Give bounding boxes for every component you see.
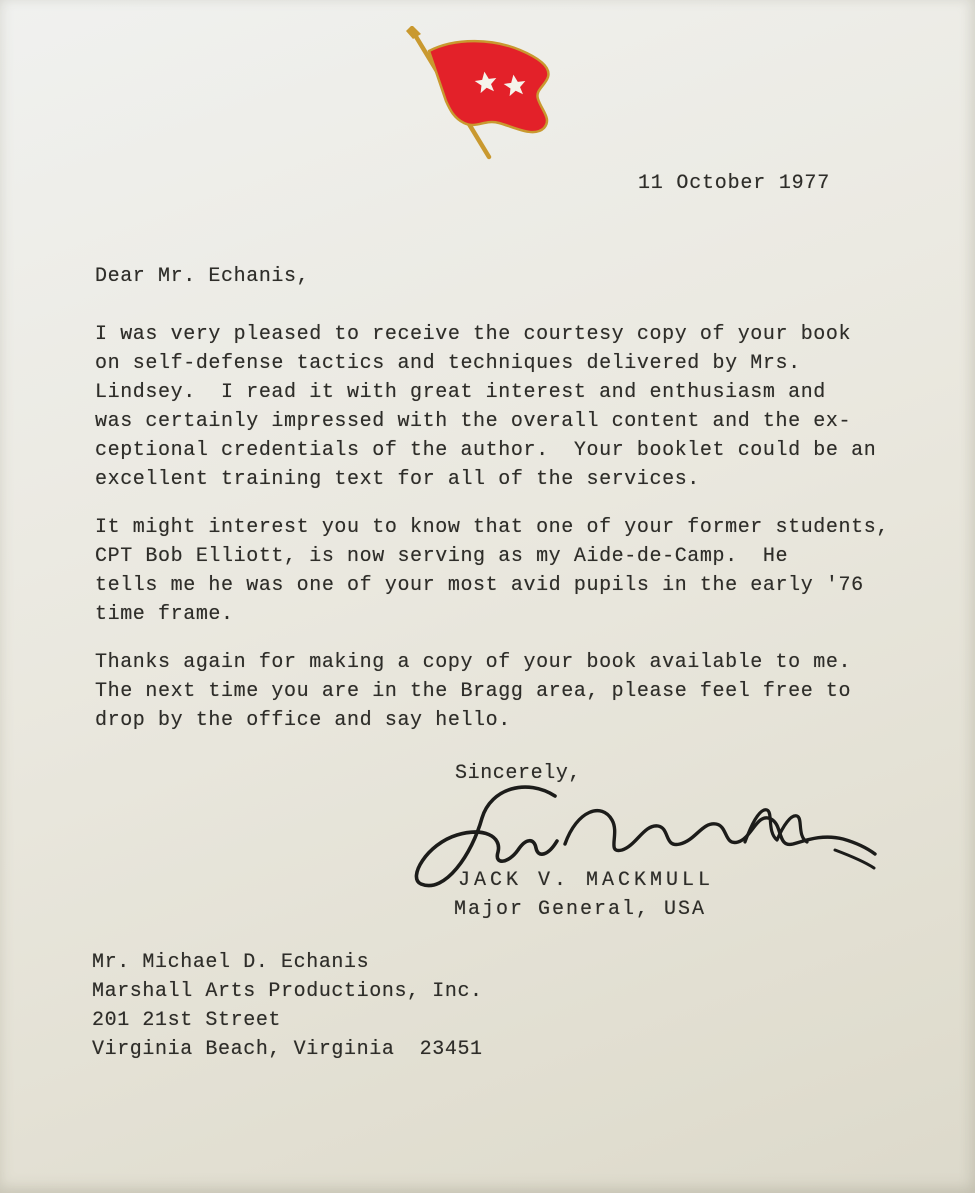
recipient-address: Mr. Michael D. Echanis Marshall Arts Pro… <box>92 948 483 1064</box>
date-line: 11 October 1977 <box>638 169 830 198</box>
body-paragraph-3: Thanks again for making a copy of your b… <box>95 648 851 735</box>
two-star-general-flag-icon <box>398 26 603 166</box>
body-paragraph-2: It might interest you to know that one o… <box>95 513 889 629</box>
signer-title: Major General, USA <box>454 895 706 924</box>
handwritten-signature <box>405 780 880 898</box>
salutation: Dear Mr. Echanis, <box>95 262 309 291</box>
body-paragraph-1: I was very pleased to receive the courte… <box>95 320 876 494</box>
letter-page: 11 October 1977 Dear Mr. Echanis, I was … <box>0 0 975 1193</box>
